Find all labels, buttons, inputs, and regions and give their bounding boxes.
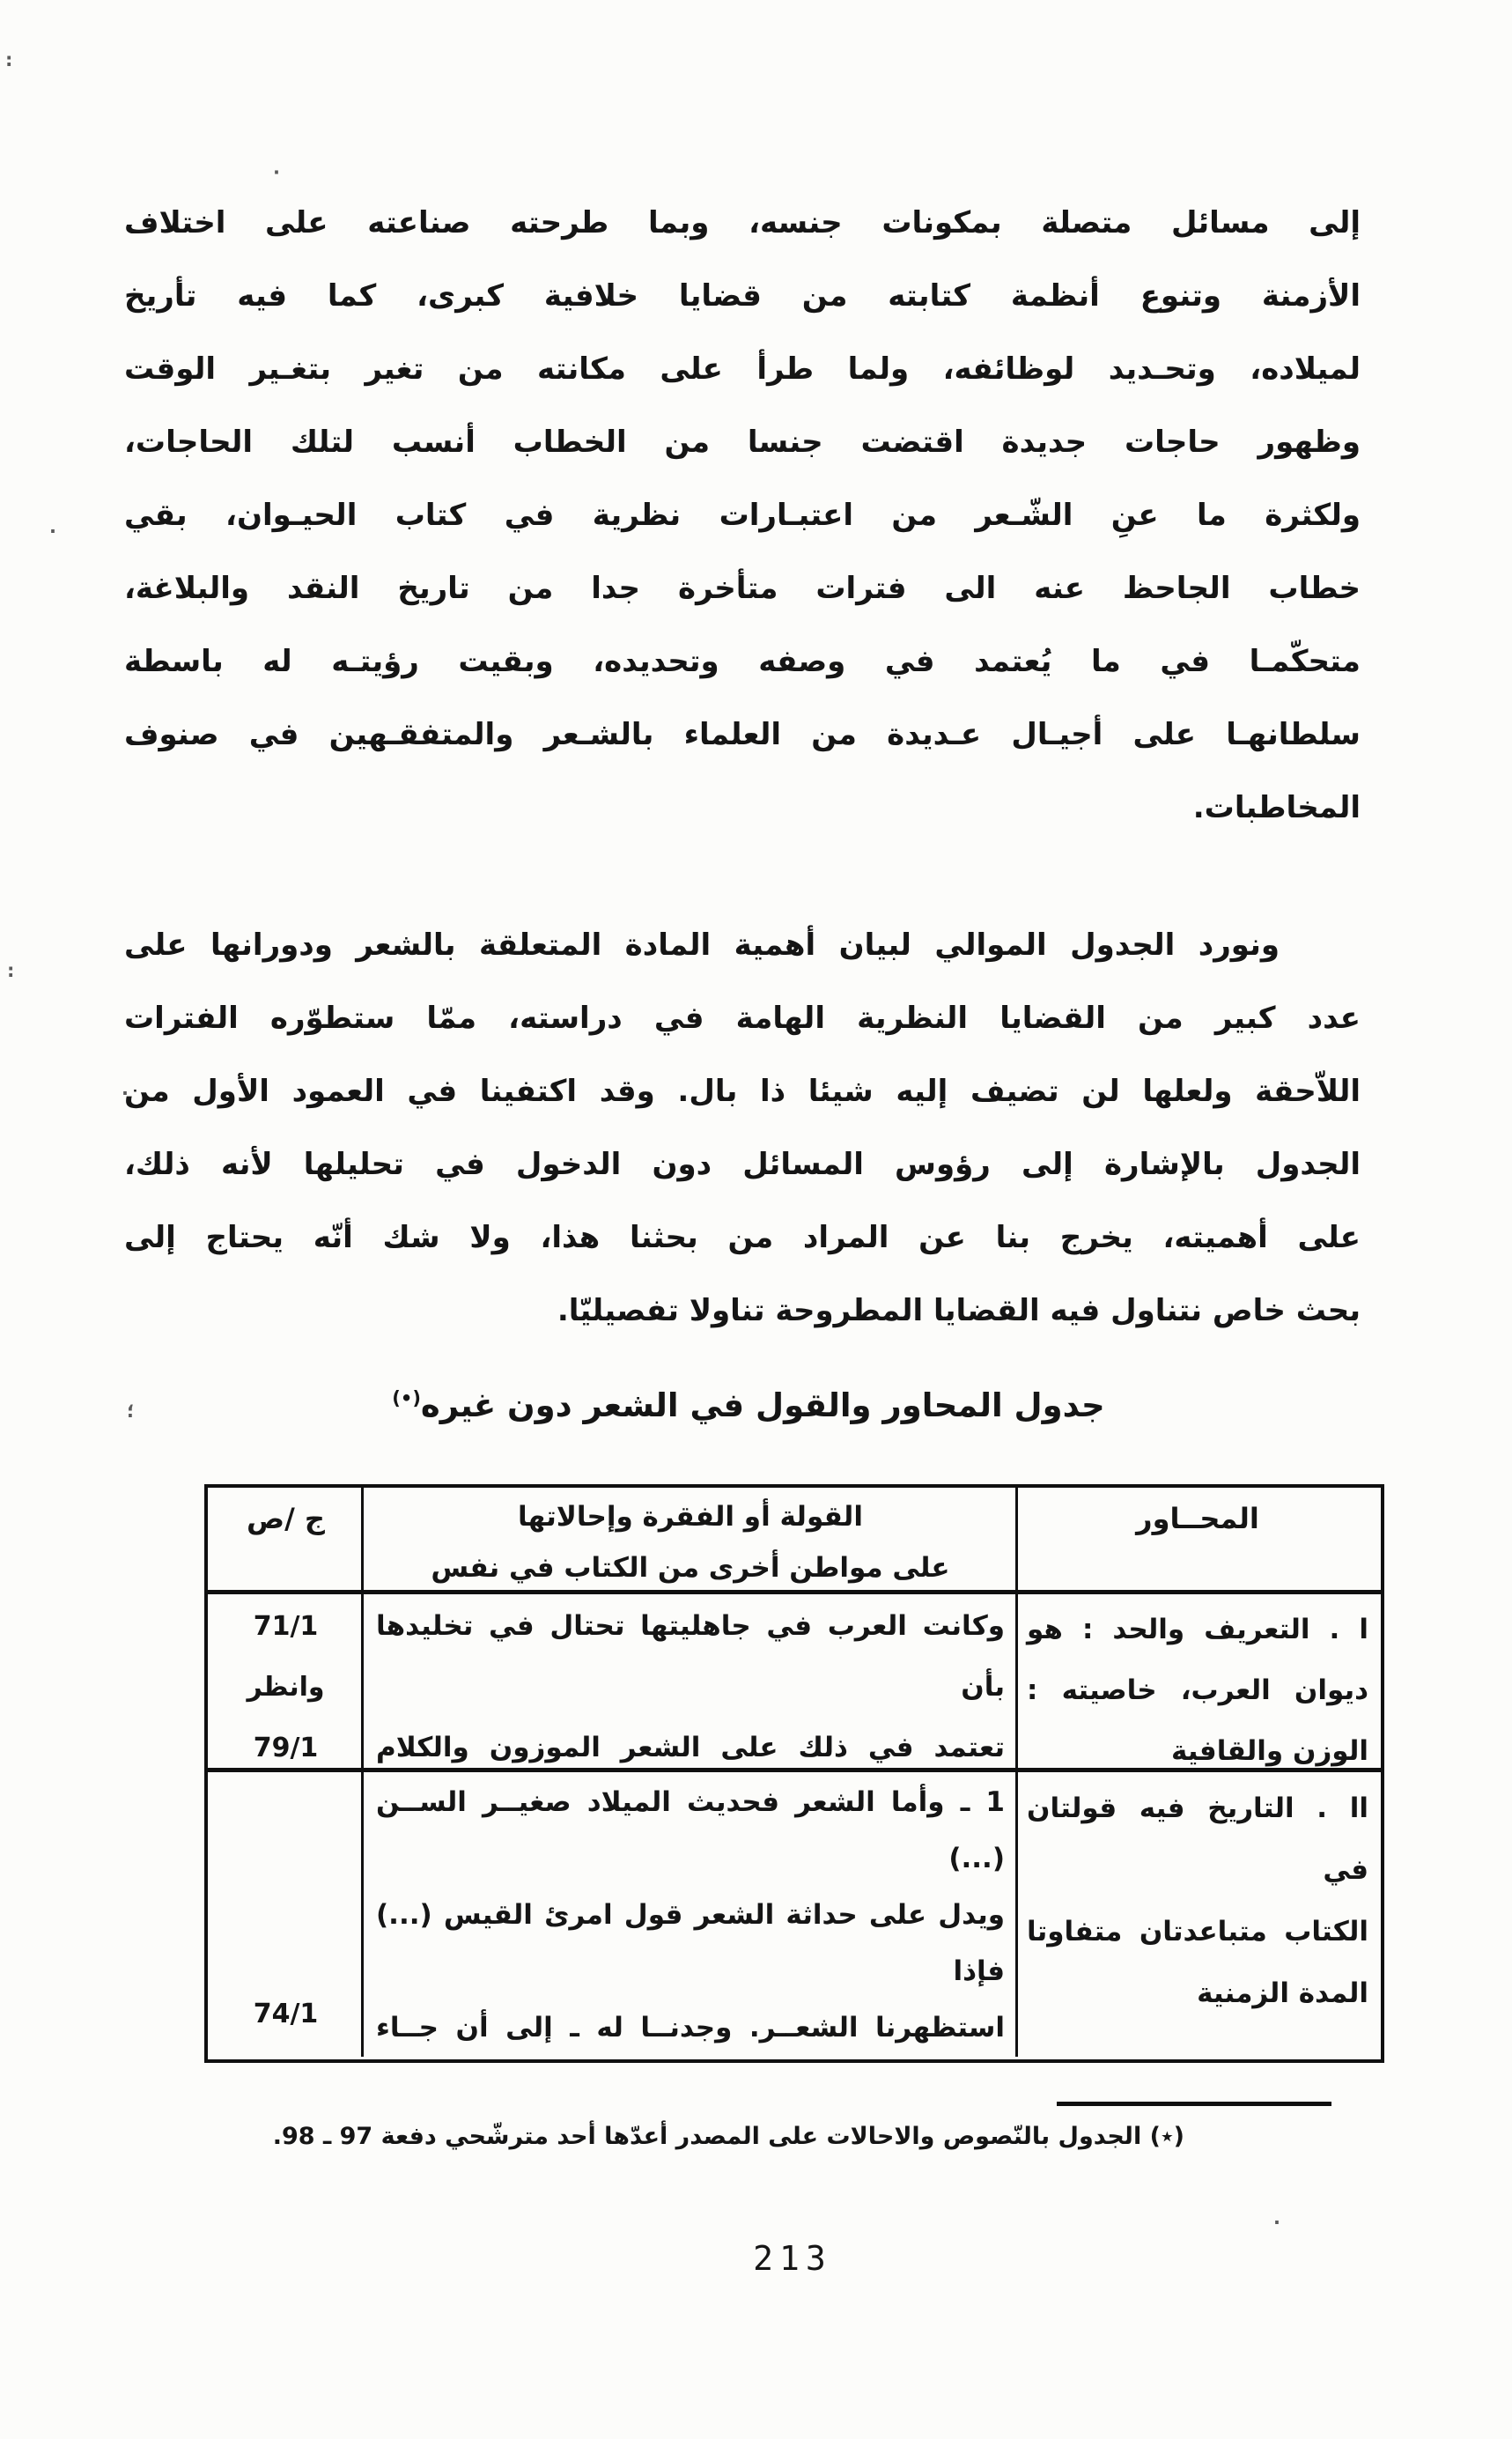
text-line: القولة أو الفقرة وإحالاتها: [376, 1491, 1005, 1542]
text-line: 71/1: [210, 1596, 361, 1657]
scan-speck: ·: [273, 164, 280, 182]
table-cell-quote: وكانت العرب في جاهليتها تحتال في تخليدها…: [364, 1594, 1018, 1768]
text-line: استظهرنا الشعــر. وجدنــا له ـ إلى أن جـ…: [376, 1999, 1005, 2057]
scan-speck: :: [7, 962, 14, 980]
text-line: 1 ـ وأما الشعر فحديث الميلاد صغيــر السـ…: [376, 1774, 1005, 1887]
table-row: ا . التعريف والحد : هوديوان العرب، خاصيت…: [208, 1594, 1381, 1772]
table-header-ref: ج /ص: [210, 1488, 364, 1590]
table-header-quote: القولة أو الفقرة وإحالاتهاعلى مواطن أخرى…: [364, 1488, 1018, 1590]
scan-speck: .: [122, 1080, 129, 1098]
text-line: وانظر: [210, 1657, 361, 1718]
text-line: على أهميته، يخرج بنا عن المراد من بحثنا …: [124, 1201, 1361, 1275]
text-line: 74/1: [210, 1984, 361, 2044]
text-line: وكانت العرب في جاهليتها تحتال في تخليدها…: [376, 1596, 1005, 1718]
table-cell-quote: 1 ـ وأما الشعر فحديث الميلاد صغيــر السـ…: [364, 1772, 1018, 2057]
scan-speck: .: [1273, 2209, 1280, 2228]
table-row: اا . التاريخ فيه قولتان فيالكتاب متباعدت…: [208, 1772, 1381, 2057]
paragraph-table-intro: ونورد الجدول الموالي لبيان أهمية المادة …: [124, 909, 1361, 1348]
text-line: ولكثرة ما عنِ الشّـعر من اعتبـارات نظرية…: [124, 479, 1361, 552]
table-cell-ref: 74/1: [210, 1772, 364, 2057]
table-title-text: جدول المحاور والقول في الشعر دون غيره: [421, 1386, 1105, 1424]
text-line: سلطانهـا على أجيـال عـديدة من العلماء با…: [124, 698, 1361, 772]
text-line: اا . التاريخ فيه قولتان في: [1027, 1778, 1368, 1901]
text-line: عدد كبير من القضايا النظرية الهامة في در…: [124, 982, 1361, 1055]
scan-speck: ؛: [127, 1402, 134, 1421]
text-line: اللاّحقة ولعلها لن تضيف إليه شيئا ذا بال…: [124, 1055, 1361, 1128]
text-line: متحكّمـا في ما يُعتمد في وصفه وتحديده، و…: [124, 625, 1361, 698]
text-line: لميلاده، وتحـديد لوظائفه، ولما طرأ على م…: [124, 333, 1361, 406]
text-line: المخاطبات.: [124, 772, 1361, 845]
table-header-axes: المحــاور: [1018, 1488, 1381, 1590]
text-line: ا . التعريف والحد : هو: [1027, 1600, 1368, 1660]
text-line: ويدل على حداثة الشعر قول امرئ القيس (...…: [376, 1887, 1005, 1999]
text-line: على مواطن أخرى من الكتاب في نفس المحتوى: [376, 1542, 1005, 1590]
text-line: 79/1: [210, 1718, 361, 1768]
table-header-row: المحــاور القولة أو الفقرة وإحالاتهاعلى …: [208, 1488, 1381, 1594]
text-line: الكتاب متباعدتان متفاوتا: [1027, 1901, 1368, 1962]
paragraph-main: إلى مسائل متصلة بمكونات جنسه، وبما طرحته…: [124, 187, 1361, 845]
text-line: ونورد الجدول الموالي لبيان أهمية المادة …: [124, 909, 1361, 982]
text-line: ديوان العرب، خاصيته :: [1027, 1660, 1368, 1721]
text-line: بحث خاص نتناول فيه القضايا المطروحة تناو…: [124, 1275, 1361, 1348]
scanned-book-page: إلى مسائل متصلة بمكونات جنسه، وبما طرحته…: [0, 0, 1512, 2439]
table-title: جدول المحاور والقول في الشعر دون غيره(•): [132, 1386, 1365, 1424]
table-cell-ref: 71/1وانظر79/1: [210, 1594, 364, 1768]
scan-speck: :: [5, 51, 12, 70]
table-cell-axes: اا . التاريخ فيه قولتان فيالكتاب متباعدت…: [1018, 1772, 1381, 2057]
table-cell-axes: ا . التعريف والحد : هوديوان العرب، خاصيت…: [1018, 1594, 1381, 1768]
text-line: تعتمد في ذلك على الشعر الموزون والكلام ا…: [376, 1718, 1005, 1768]
footnote-divider: [1057, 2102, 1331, 2106]
content-table: المحــاور القولة أو الفقرة وإحالاتهاعلى …: [204, 1484, 1384, 2063]
text-line: إلى مسائل متصلة بمكونات جنسه، وبما طرحته…: [124, 187, 1361, 260]
table-title-footnote-marker: (•): [392, 1388, 421, 1409]
scan-speck: .: [49, 518, 56, 536]
text-line: الأزمنة وتنوع أنظمة كتابته من قضايا خلاف…: [124, 260, 1361, 333]
page-number: 213: [696, 2239, 889, 2278]
text-line: خطاب الجاحظ عنه الى فترات متأخرة جدا من …: [124, 552, 1361, 625]
footnote: (٭) الجدول بالنّصوص والاحالات على المصدر…: [273, 2123, 1184, 2150]
text-line: وظهور حاجات جديدة اقتضت جنسا من الخطاب أ…: [124, 406, 1361, 479]
text-line: المدة الزمنية: [1027, 1962, 1368, 2024]
text-line: الجدول بالإشارة إلى رؤوس المسائل دون الد…: [124, 1128, 1361, 1201]
text-line: الوزن والقافية: [1027, 1721, 1368, 1768]
